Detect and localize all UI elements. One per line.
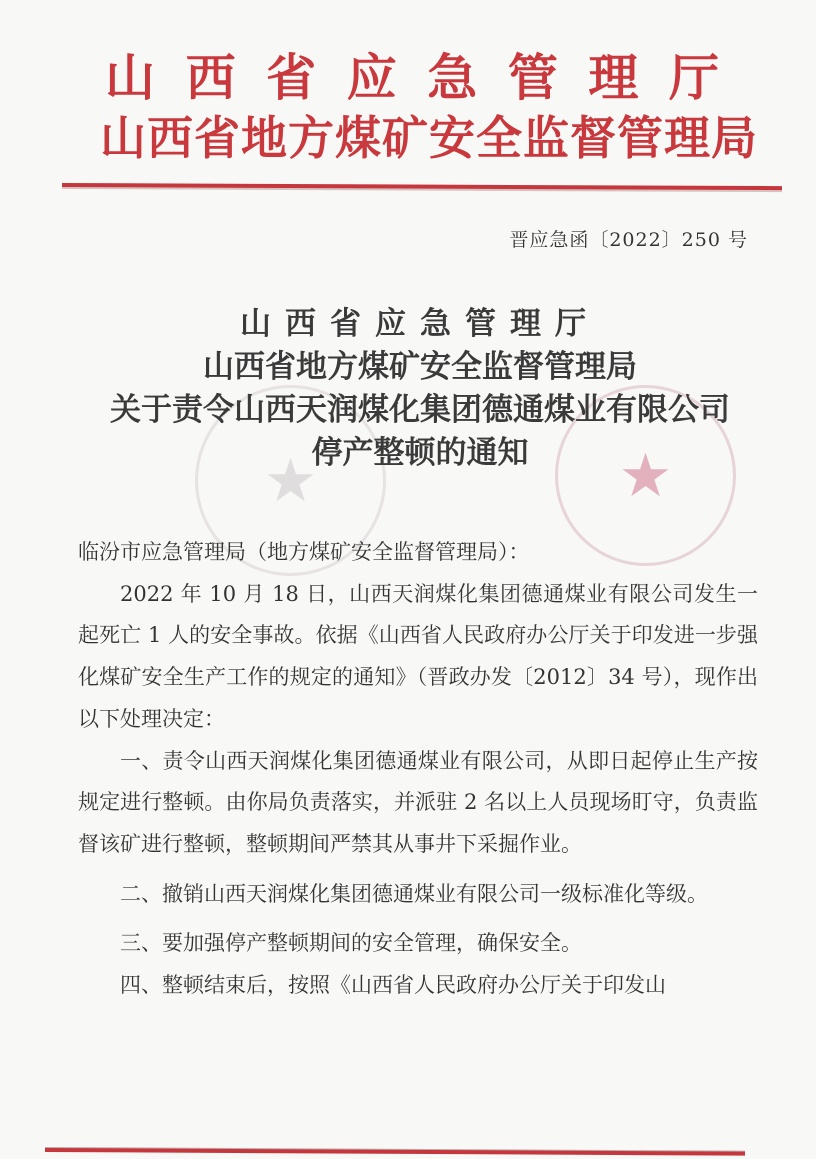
paragraph-item-1: 一、责令山西天润煤化集团德通煤业有限公司，从即日起停止生产按规定进行整顿。由你局… <box>78 741 758 866</box>
letterhead-red-divider <box>62 183 782 190</box>
paragraph-item-2: 二、撤销山西天润煤化集团德通煤业有限公司一级标准化等级。 <box>78 874 758 916</box>
document-body: 临汾市应急管理局（地方煤矿安全监督管理局）： 2022 年 10 月 18 日，… <box>78 532 758 1007</box>
title-line-3: 关于责令山西天润煤化集团德通煤业有限公司 <box>60 389 780 432</box>
letterhead-department: 山西省应急管理厅 <box>105 50 745 106</box>
footer-red-divider <box>45 1148 745 1156</box>
title-line-2: 山西省地方煤矿安全监督管理局 <box>60 346 780 389</box>
addressee: 临汾市应急管理局（地方煤矿安全监督管理局）： <box>78 532 758 574</box>
paragraph-item-3: 三、要加强停产整顿期间的安全管理，确保安全。 <box>78 923 758 965</box>
document-page: 山西省应急管理厅 山西省地方煤矿安全监督管理局 晋应急函〔2022〕250 号 … <box>0 0 816 1159</box>
title-line-1: 山西省应急管理厅 <box>60 303 780 346</box>
document-title: 山西省应急管理厅 山西省地方煤矿安全监督管理局 关于责令山西天润煤化集团德通煤业… <box>60 303 780 475</box>
document-number: 晋应急函〔2022〕250 号 <box>509 225 748 252</box>
title-line-4: 停产整顿的通知 <box>60 432 780 475</box>
letterhead-bureau: 山西省地方煤矿安全监督管理局 <box>100 112 750 164</box>
paragraph-item-4: 四、整顿结束后，按照《山西省人民政府办公厅关于印发山 <box>78 965 758 1007</box>
paragraph-intro: 2022 年 10 月 18 日，山西天润煤化集团德通煤业有限公司发生一起死亡 … <box>78 574 758 741</box>
